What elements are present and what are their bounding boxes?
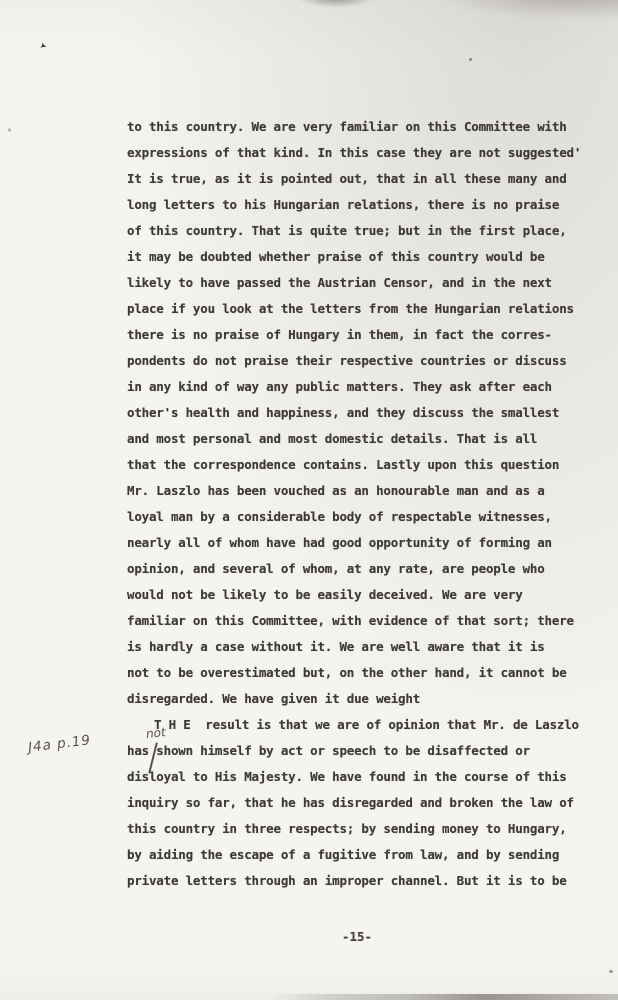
scanned-document-page: ➤ to this country. We are very familiar … xyxy=(0,0,618,1000)
text-line: in any kind of way any public matters. T… xyxy=(127,374,609,400)
page-number: -15- xyxy=(127,929,587,944)
text-line: disloyal to His Majesty. We have found i… xyxy=(127,764,609,790)
text-line: pondents do not praise their respective … xyxy=(127,348,609,374)
text-line: long letters to his Hungarian relations,… xyxy=(127,192,609,218)
handwritten-arrow-mark: ➤ xyxy=(38,39,48,53)
scan-smudge-corner xyxy=(440,0,618,18)
text-line: this country in three respects; by sendi… xyxy=(127,816,609,842)
text-line: familiar on this Committee, with evidenc… xyxy=(127,608,609,634)
text-line: expressions of that kind. In this case t… xyxy=(127,140,609,166)
text-line: there is no praise of Hungary in them, i… xyxy=(127,322,609,348)
text-line: opinion, and several of whom, at any rat… xyxy=(127,556,609,582)
text-line: loyal man by a considerable body of resp… xyxy=(127,504,609,530)
text-line: private letters through an improper chan… xyxy=(127,868,609,894)
text-line: is hardly a case without it. We are well… xyxy=(127,634,609,660)
text-line: it may be doubted whether praise of this… xyxy=(127,244,609,270)
text-line: and most personal and most domestic deta… xyxy=(127,426,609,452)
text-line-paragraph-start: T H E result is that we are of opinion t… xyxy=(127,712,609,738)
handwritten-margin-note: J4a p.19 xyxy=(27,732,92,756)
scan-speck xyxy=(8,128,11,132)
scan-smudge-top xyxy=(296,0,376,8)
text-line: Mr. Laszlo has been vouched as an honour… xyxy=(127,478,609,504)
text-line: nearly all of whom have had good opportu… xyxy=(127,530,609,556)
text-line: of this country. That is quite true; but… xyxy=(127,218,609,244)
handwritten-insertion-not: not xyxy=(145,725,166,741)
scan-artifact-bottom-bar xyxy=(270,994,618,1000)
text-line: disregarded. We have given it due weight xyxy=(127,686,609,712)
text-line: to this country. We are very familiar on… xyxy=(127,114,609,140)
text-line: by aiding the escape of a fugitive from … xyxy=(127,842,609,868)
text-line: that the correspondence contains. Lastly… xyxy=(127,452,609,478)
text-line: likely to have passed the Austrian Censo… xyxy=(127,270,609,296)
text-line: It is true, as it is pointed out, that i… xyxy=(127,166,609,192)
text-line: would not be likely to be easily deceive… xyxy=(127,582,609,608)
scan-speck xyxy=(609,970,613,973)
text-line-with-insertion: has shown himself by act or speech to be… xyxy=(127,738,609,764)
scan-speck xyxy=(469,58,472,61)
text-line: place if you look at the letters from th… xyxy=(127,296,609,322)
text-line: inquiry so far, that he has disregarded … xyxy=(127,790,609,816)
text-line: other's health and happiness, and they d… xyxy=(127,400,609,426)
typewritten-text-block: to this country. We are very familiar on… xyxy=(127,114,609,894)
text-line: not to be overestimated but, on the othe… xyxy=(127,660,609,686)
